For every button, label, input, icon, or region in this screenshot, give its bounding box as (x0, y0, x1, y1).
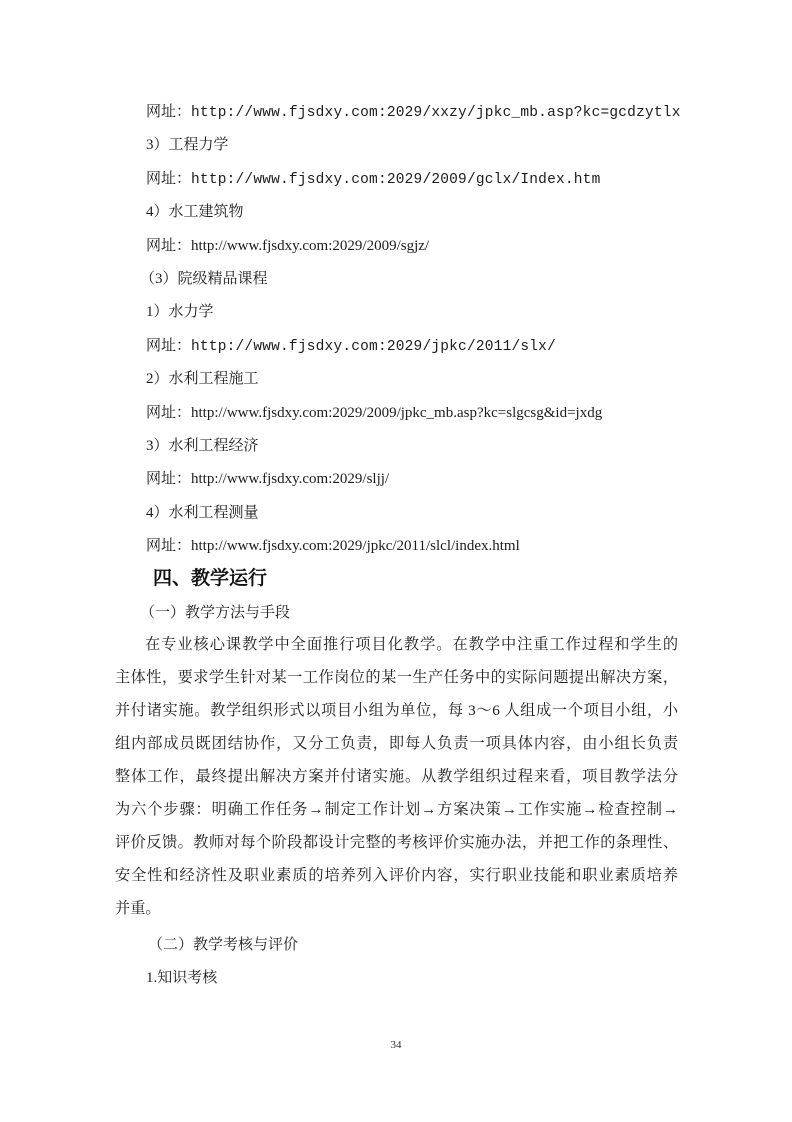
paragraph-line: 整体工作，最终提出解决方案并付诸实施。从教学组织过程来看，项目教学法分 (115, 760, 678, 793)
subsection-label: （二）教学考核与评价 (148, 937, 298, 953)
url-label: 网址： (146, 538, 191, 554)
url-line-gcdzytlx: 网址：http://www.fjsdxy.com:2029/xxzy/jpkc_… (146, 102, 681, 123)
page-number: 34 (0, 1039, 792, 1051)
item-label: 1.知识考核 (146, 970, 217, 986)
subheading-college-courses: （3）院级精品课程 (140, 269, 268, 289)
url-link[interactable]: http://www.fjsdxy.com:2029/2009/gclx/Ind… (191, 172, 600, 188)
url-line-sljj: 网址：http://www.fjsdxy.com:2029/sljj/ (146, 469, 389, 489)
paragraph-line: 评价反馈。教师对每个阶段都设计完整的考核评价实施办法，并把工作的条理性、 (115, 826, 678, 859)
paragraph-line: 组内部成员既团结协作，又分工负责，即每人负责一项具体内容，由小组长负责 (115, 727, 678, 760)
paragraph-line: 并付诸实施。教学组织形式以项目小组为单位，每 3～6 人组成一个项目小组，小 (115, 694, 678, 727)
url-link[interactable]: http://www.fjsdxy.com:2029/jpkc/2011/slx… (191, 339, 556, 355)
list-item-surveying: 4）水利工程测量 (146, 503, 259, 523)
url-line-slx: 网址：http://www.fjsdxy.com:2029/jpkc/2011/… (146, 336, 556, 357)
subsection-assessment: （二）教学考核与评价 (148, 935, 298, 955)
list-item-engineering-mechanics: 3）工程力学 (146, 135, 229, 155)
body-paragraph: 在专业核心课教学中全面推行项目化教学。在教学中注重工作过程和学生的 主体性，要求… (115, 628, 678, 925)
url-link[interactable]: http://www.fjsdxy.com:2029/2009/sgjz/ (191, 238, 429, 254)
url-label: 网址： (146, 471, 191, 487)
subsection-teaching-methods: （一）教学方法与手段 (140, 603, 290, 623)
subsection-label: （一）教学方法与手段 (140, 605, 290, 621)
paragraph-line: 为六个步骤：明确工作任务→制定工作计划→方案决策→工作实施→检查控制→ (115, 793, 678, 826)
paragraph-line: 并重。 (115, 892, 678, 925)
url-label: 网址： (146, 238, 191, 254)
list-item-economics: 3）水利工程经济 (146, 436, 259, 456)
url-label: 网址： (146, 171, 191, 187)
list-item-label: 2）水利工程施工 (146, 371, 259, 387)
list-item-construction: 2）水利工程施工 (146, 369, 259, 389)
url-label: 网址： (146, 338, 191, 354)
list-item-label: 3）工程力学 (146, 137, 229, 153)
url-label: 网址： (146, 104, 191, 120)
list-item-label: 3）水利工程经济 (146, 438, 259, 454)
url-line-gclx: 网址：http://www.fjsdxy.com:2029/2009/gclx/… (146, 169, 600, 190)
url-label: 网址： (146, 405, 191, 421)
list-item-hydraulic-structures: 4）水工建筑物 (146, 202, 244, 222)
url-link[interactable]: http://www.fjsdxy.com:2029/xxzy/jpkc_mb.… (191, 105, 681, 121)
url-link[interactable]: http://www.fjsdxy.com:2029/2009/jpkc_mb.… (191, 405, 602, 421)
subheading-label: （3）院级精品课程 (140, 271, 268, 287)
list-item-hydraulics: 1）水力学 (146, 302, 214, 322)
item-knowledge-assessment: 1.知识考核 (146, 968, 217, 988)
url-link[interactable]: http://www.fjsdxy.com:2029/jpkc/2011/slc… (191, 538, 520, 554)
url-line-slcl: 网址：http://www.fjsdxy.com:2029/jpkc/2011/… (146, 536, 520, 556)
list-item-label: 4）水工建筑物 (146, 204, 244, 220)
url-line-slgcsg: 网址：http://www.fjsdxy.com:2029/2009/jpkc_… (146, 403, 602, 423)
list-item-label: 1）水力学 (146, 304, 214, 320)
list-item-label: 4）水利工程测量 (146, 505, 259, 521)
paragraph-line: 主体性，要求学生针对某一工作岗位的某一生产任务中的实际问题提出解决方案， (115, 661, 678, 694)
document-page: 网址：http://www.fjsdxy.com:2029/xxzy/jpkc_… (0, 0, 792, 1122)
section-heading: 四、教学运行 (153, 566, 267, 590)
paragraph-line: 安全性和经济性及职业素质的培养列入评价内容，实行职业技能和职业素质培养 (115, 859, 678, 892)
paragraph-line: 在专业核心课教学中全面推行项目化教学。在教学中注重工作过程和学生的 (115, 628, 678, 661)
url-link[interactable]: http://www.fjsdxy.com:2029/sljj/ (191, 471, 389, 487)
url-line-sgjz: 网址：http://www.fjsdxy.com:2029/2009/sgjz/ (146, 236, 429, 256)
